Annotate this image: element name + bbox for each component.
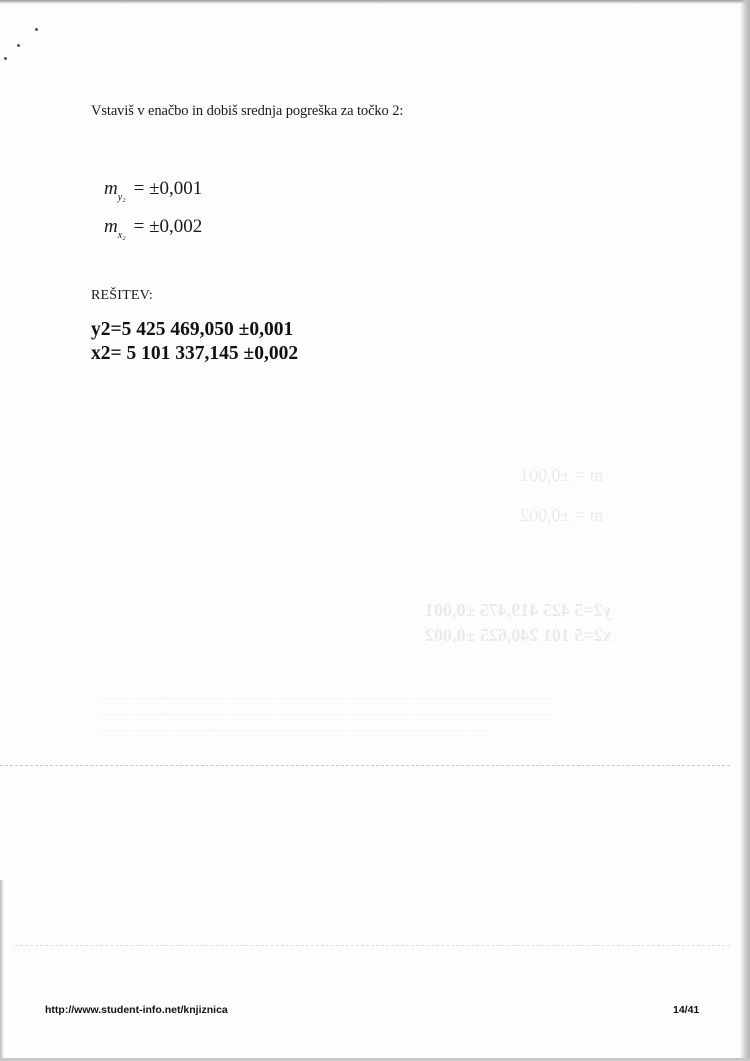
footer-url-link[interactable]: http://www.student-info.net/knjiznica bbox=[45, 1004, 228, 1016]
bleed-divider bbox=[15, 945, 730, 946]
scan-speck bbox=[4, 57, 7, 60]
bleed-through: —— ——— ——— ———— —— ——— ——— ——— ———— ——— … bbox=[100, 692, 551, 704]
result-x2: x2= 5 101 337,145 ±0,002 bbox=[91, 343, 298, 365]
scan-speck bbox=[35, 28, 38, 31]
bleed-through: m = ±0,002 bbox=[520, 505, 604, 526]
equation-m-y2: my₂= ±0,001 bbox=[104, 178, 202, 203]
scan-shadow-left bbox=[0, 880, 4, 1061]
equation-value: = ±0,001 bbox=[134, 178, 203, 199]
solution-heading: REŠITEV: bbox=[91, 288, 153, 304]
intro-text: Vstaviš v enačbo in dobiš srednja pogreš… bbox=[91, 103, 403, 120]
equation-value: = ±0,002 bbox=[134, 216, 203, 237]
bleed-through: —— ——— ——— ———— —— ——— ——— ——— ———— ——— … bbox=[100, 708, 551, 720]
scan-speck bbox=[17, 44, 20, 47]
bleed-divider bbox=[0, 765, 730, 766]
equation-symbol: m bbox=[104, 216, 118, 237]
scanned-page: m = ±0,001 m = ±0,002 y2=5 425 419,475 ±… bbox=[0, 0, 750, 1061]
scan-shadow-top bbox=[0, 0, 750, 4]
bleed-through: x2=5 101 240,625 ±0,002 bbox=[425, 625, 612, 646]
bleed-through: m = ±0,001 bbox=[520, 465, 604, 486]
equation-subscript: x₂ bbox=[118, 230, 126, 241]
page-number: 14/41 bbox=[673, 1004, 699, 1016]
bleed-through: —— ——— ——— ———— —— ——— ——— ——— ———— ——— … bbox=[100, 724, 491, 736]
equation-m-x2: mx₂= ±0,002 bbox=[104, 216, 202, 241]
scan-shadow-right bbox=[740, 0, 750, 1061]
result-y2: y2=5 425 469,050 ±0,001 bbox=[91, 319, 293, 341]
bleed-through: y2=5 425 419,475 ±0,001 bbox=[425, 600, 612, 621]
equation-subscript: y₂ bbox=[118, 192, 126, 203]
equation-symbol: m bbox=[104, 178, 118, 199]
